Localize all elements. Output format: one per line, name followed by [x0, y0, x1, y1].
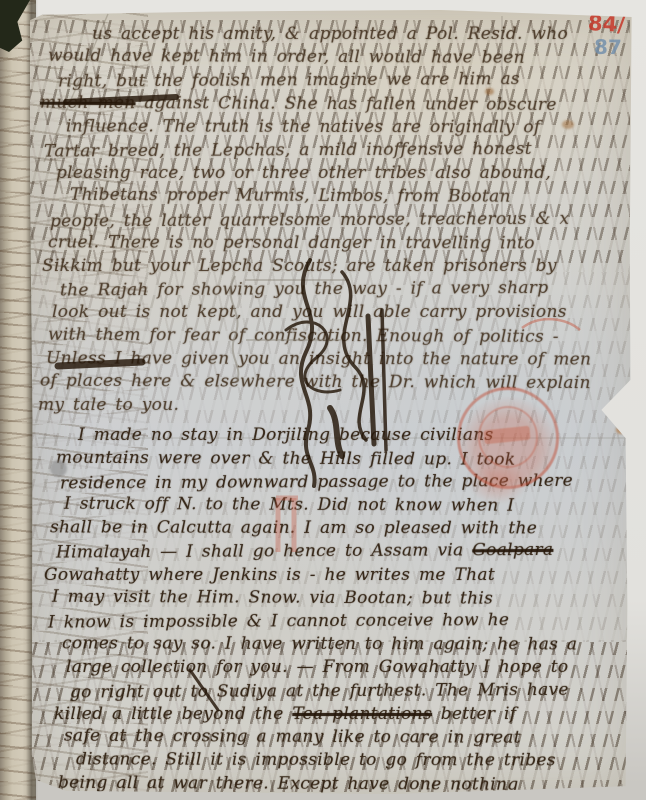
handwriting-line: the Rajah for showing you the way - if a… — [60, 277, 634, 303]
handwriting-line: killed a little beyond the Tea plantatio… — [54, 703, 634, 726]
handwriting-line: Unless I have given you an insight into … — [46, 347, 636, 371]
foxing-spot — [616, 426, 626, 434]
handwriting-line: large collection for you. — From Gowahat… — [66, 656, 634, 679]
handwriting-line: us accept his amity, & appointed a Pol. … — [92, 23, 634, 46]
foxing-spot — [485, 88, 494, 95]
handwriting-line: shall be in Calcutta again. I am so plea… — [50, 517, 636, 541]
letter-paragraph: I made no stay in Dorjiling because civi… — [30, 424, 634, 795]
handwriting-line: cruel. There is no personal danger in tr… — [48, 231, 636, 255]
handwriting-line: Sikkim but your Lepcha Scouts; are taken… — [42, 255, 634, 278]
handwriting-line: right, but the foolish men imagine we ar… — [58, 68, 634, 94]
handwriting-line: I know is impossible & I cannot conceive… — [48, 609, 634, 635]
handwriting-line: look out is not kept, and you will able … — [52, 301, 634, 324]
handwriting-line: distance. Still it is impossible to go f… — [76, 749, 636, 773]
manuscript-scan: us accept his amity, & appointed a Pol. … — [0, 0, 646, 800]
foxing-spot — [562, 120, 574, 129]
handwriting-line: Himalayah — I shall go hence to Assam vi… — [56, 539, 634, 565]
handwriting-line: go right out to Sudiya at the furthest. … — [70, 678, 634, 704]
folio-number-red: 84/ — [587, 13, 625, 36]
manuscript-page: us accept his amity, & appointed a Pol. … — [30, 10, 634, 794]
handwriting-line: with them for fear of confiscation. Enou… — [48, 323, 634, 349]
handwriting-line: I struck off N. to the Mts. Did not know… — [64, 493, 634, 519]
handwriting-line: pleasing race, two or three other tribes… — [56, 162, 634, 185]
postmark-smudge — [468, 462, 528, 504]
seal-residue-spot — [50, 460, 67, 477]
handwriting-line: much men against China. She has fallen u… — [40, 91, 634, 117]
handwriting-line: residence in my downward passage to the … — [60, 469, 634, 495]
handwriting-line: influence. The truth is the natives are … — [66, 115, 636, 139]
handwriting-line: being all at war there. Except have done… — [58, 771, 634, 797]
handwriting-line: comes to say so. I have written to him a… — [62, 633, 636, 657]
handwriting-line: safe at the crossing a many like to care… — [64, 725, 634, 751]
handwriting-line: I may visit the Him. Snow. via Bootan; b… — [52, 586, 634, 612]
handwriting-line: Tartar breed, the Lepchas, a mild inoffe… — [44, 137, 634, 163]
folio-number-blue: 87 — [594, 37, 622, 57]
handwriting-line: people, the latter quarrelsome morose, t… — [50, 207, 634, 233]
handwriting-line: of places here & elsewhere with the Dr. … — [40, 370, 634, 396]
letter-paragraph: us accept his amity, & appointed a Pol. … — [30, 23, 634, 417]
handwriting-line: Gowahatty where Jenkins is - he writes m… — [44, 564, 634, 587]
handwriting-line: would have kept him in order, all would … — [48, 45, 634, 71]
handwriting-line: Thibetans proper Murmis, Limbos, from Bo… — [70, 184, 634, 210]
